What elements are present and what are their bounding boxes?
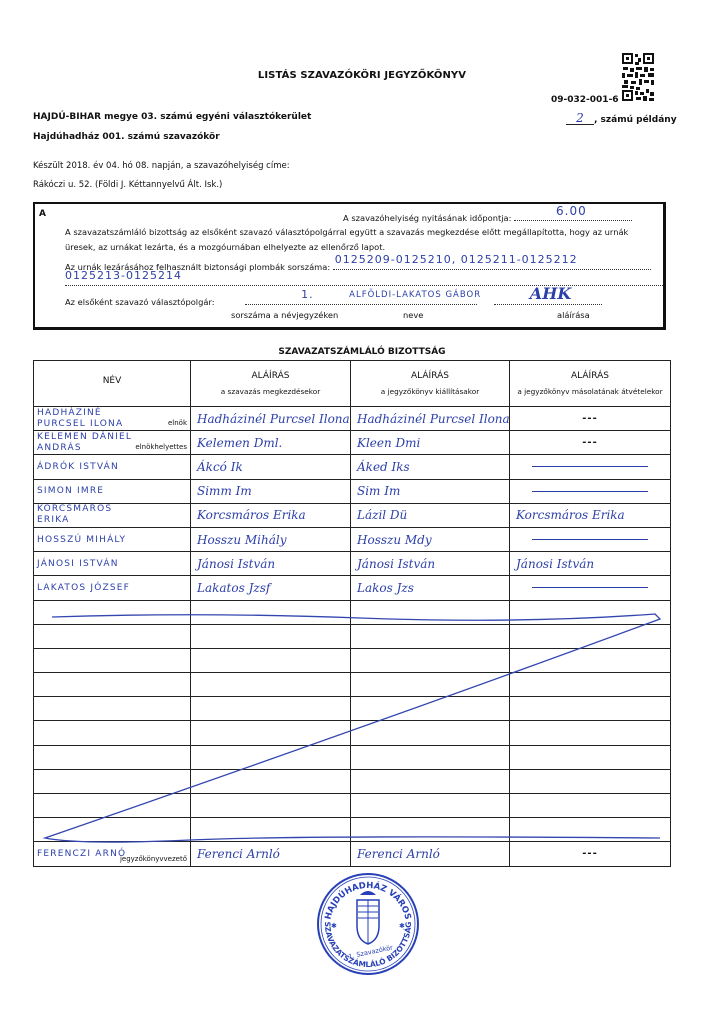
signature-start: Korcsmáros Erika [191,503,351,527]
member-role: elnök [168,418,187,429]
empty-row [34,600,671,624]
member-name: SIMON IMRE [37,486,145,497]
member-name: KELEMEN DÁNIEL ANDRÁS [37,432,145,454]
empty-cell [191,794,351,818]
header-name: NÉV [34,361,191,407]
statement-line-1: A szavazatszámláló bizottság az elsőként… [65,227,628,237]
empty-row [34,721,671,745]
signature-end: Kleen Dmi [351,431,510,455]
signature-start: Hosszu Mihály [191,527,351,551]
empty-cell [191,697,351,721]
table-row: HADHÁZINÉ PURCSEL ILONAelnökHadházinél P… [34,407,671,431]
copy-number-value: 2 [566,113,594,125]
empty-cell [34,697,191,721]
signature-start: Simm Im [191,479,351,503]
caption-name: neve [403,310,423,320]
header-sign-copy: ALÁÍRÁSa jegyzőkönyv másolatának átvétel… [510,361,671,407]
empty-cell [510,624,671,648]
first-voter-number: 1. [301,288,314,301]
opening-time-row: A szavazóhelyiség nyitásának időpontja: … [343,210,632,223]
copy-label: , számú példány [594,115,677,125]
signature-copy-stroke [510,576,671,600]
empty-row [34,673,671,697]
caption-number: sorszáma a névjegyzéken [231,310,338,320]
signature-copy: --- [510,842,671,866]
member-name: HOSSZÚ MIHÁLY [37,535,145,546]
empty-cell [34,624,191,648]
signature-end: Hosszu Mdy [351,527,510,551]
signature-copy: Jánosi István [510,552,671,576]
member-name: HADHÁZINÉ PURCSEL ILONA [37,408,145,430]
signature-copy-stroke [510,455,671,479]
empty-cell [34,600,191,624]
empty-cell [34,721,191,745]
header-sign-start: ALÁÍRÁSa szavazás megkezdésekor [191,361,351,407]
empty-row [34,794,671,818]
empty-row [34,697,671,721]
document-id: 09-032-001-6 [551,95,619,105]
signature-end: Sim Im [351,479,510,503]
member-name-cell: HOSSZÚ MIHÁLY [34,527,191,551]
empty-cell [510,769,671,793]
empty-cell [351,818,510,842]
first-voter-name: ALFÖLDI-LAKATOS GÁBOR [349,290,481,300]
section-a-box: A A szavazóhelyiség nyitásának időpontja… [33,202,666,330]
empty-cell [351,721,510,745]
signature-start: Ferenci Arnló [191,842,351,866]
empty-cell [351,600,510,624]
signature-start: Ákcó Ik [191,455,351,479]
seals-value-2: 0125213-0125214 [65,269,182,282]
district-heading: HAJDÚ-BIHAR megye 03. számú egyéni válas… [33,112,311,122]
empty-cell [510,673,671,697]
signature-copy: Korcsmáros Erika [510,503,671,527]
signature-copy-stroke [510,479,671,503]
empty-cell [191,769,351,793]
member-name: LAKATOS JÓZSEF [37,583,145,594]
statement-line-2: üresek, az urnákat lezárta, és a mozgóur… [65,242,385,252]
empty-cell [191,721,351,745]
member-name: ÁDRÓK ISTVÁN [37,462,145,473]
polling-station-heading: Hajdúhadház 001. számú szavazókör [33,132,220,142]
seals-value-1: 0125209-0125210, 0125211-0125212 [335,253,578,266]
empty-cell [351,769,510,793]
empty-cell [191,648,351,672]
member-name-cell: ÁDRÓK ISTVÁN [34,455,191,479]
empty-cell [510,745,671,769]
signature-start: Jánosi István [191,552,351,576]
table-row: KORCSMÁROS ERIKAKorcsmáros ErikaLázil Dü… [34,503,671,527]
empty-cell [510,818,671,842]
empty-cell [34,745,191,769]
empty-cell [351,794,510,818]
empty-row [34,769,671,793]
empty-row [34,624,671,648]
empty-cell [191,600,351,624]
seals-row-2: 0125213-0125214 [65,275,663,288]
committee-table: NÉV ALÁÍRÁSa szavazás megkezdésekor ALÁÍ… [33,360,671,867]
signature-end: Ferenci Arnló [351,842,510,866]
signature-end: Lázil Dü [351,503,510,527]
table-row: ÁDRÓK ISTVÁNÁkcó IkÁked Iks [34,455,671,479]
svg-text:✱: ✱ [331,922,337,930]
signature-copy: --- [510,431,671,455]
empty-cell [510,648,671,672]
empty-cell [34,794,191,818]
table-row: LAKATOS JÓZSEFLakatos JzsfLakos Jzs [34,576,671,600]
opening-time-label: A szavazóhelyiség nyitásának időpontja: [343,213,511,223]
member-role: elnökhelyettes [135,442,187,453]
creation-date-line: Készült 2018. év 04. hó 08. napján, a sz… [33,161,290,171]
empty-cell [351,673,510,697]
empty-cell [351,648,510,672]
first-voter-label: Az elsőként szavazó választópolgár: [65,297,215,307]
empty-cell [510,794,671,818]
member-name-cell: FERENCZI ARNÓjegyzőkönyvvezető [34,842,191,866]
empty-cell [34,818,191,842]
empty-cell [191,673,351,697]
header-sign-end: ALÁÍRÁSa jegyzőkönyv kiállításakor [351,361,510,407]
empty-cell [34,648,191,672]
empty-cell [351,624,510,648]
signature-start: Kelemen Dml. [191,431,351,455]
opening-time-value: 6.00 [556,204,587,218]
empty-cell [34,769,191,793]
member-name-cell: KELEMEN DÁNIEL ANDRÁSelnökhelyettes [34,431,191,455]
member-name-cell: LAKATOS JÓZSEF [34,576,191,600]
seals-field-2: 0125213-0125214 [65,275,663,286]
empty-row [34,648,671,672]
empty-cell [351,745,510,769]
document-title: LISTÁS SZAVAZÓKÖRI JEGYZŐKÖNYV [0,70,724,81]
empty-cell [191,745,351,769]
signature-end: Jánosi István [351,552,510,576]
empty-row [34,745,671,769]
member-name-cell: JÁNOSI ISTVÁN [34,552,191,576]
empty-cell [510,600,671,624]
signature-end: Áked Iks [351,455,510,479]
empty-cell [351,697,510,721]
member-name-cell: HADHÁZINÉ PURCSEL ILONAelnök [34,407,191,431]
section-a-letter: A [39,209,46,219]
first-voter-field: 1. ALFÖLDI-LAKATOS GÁBOR [245,294,477,305]
member-name-cell: KORCSMÁROS ERIKA [34,503,191,527]
caption-signature: aláírása [557,310,590,320]
member-name: KORCSMÁROS ERIKA [37,504,145,526]
member-name: JÁNOSI ISTVÁN [37,559,145,570]
member-name-cell: SIMON IMRE [34,479,191,503]
empty-cell [191,624,351,648]
signature-start: Lakatos Jzsf [191,576,351,600]
signature-start: Hadházinél Purcsel Ilona [191,407,351,431]
signature-copy-stroke [510,527,671,551]
table-row: SIMON IMRESimm ImSim Im [34,479,671,503]
empty-cell [191,818,351,842]
signature-end: Hadházinél Purcsel Ilona [351,407,510,431]
first-voter-row: Az elsőként szavazó választópolgár: 1. A… [65,294,602,307]
table-row: HOSSZÚ MIHÁLYHosszu MihályHosszu Mdy [34,527,671,551]
opening-time-field: 6.00 [514,210,632,221]
signature-end: Lakos Jzs [351,576,510,600]
empty-cell [510,721,671,745]
committee-title: SZAVAZATSZÁMLÁLÓ BIZOTTSÁG [0,347,724,357]
seals-field: 0125209-0125210, 0125211-0125212 [333,259,651,270]
member-role: jegyzőkönyvvezető [120,854,187,865]
coat-of-arms-icon: HAJDÚHADHÁZ VÁROS SZAVAZATSZÁMLÁLÓ BIZOT… [313,868,423,978]
table-row: JÁNOSI ISTVÁNJánosi IstvánJánosi IstvánJ… [34,552,671,576]
table-header-row: NÉV ALÁÍRÁSa szavazás megkezdésekor ALÁÍ… [34,361,671,407]
first-voter-signature-field: AHK [494,294,602,305]
polling-address: Rákóczi u. 52. (Földi J. Kéttannyelvű Ál… [33,180,222,190]
empty-row [34,818,671,842]
table-row: KELEMEN DÁNIEL ANDRÁSelnökhelyettesKelem… [34,431,671,455]
signature-copy: --- [510,407,671,431]
qr-code-icon [621,52,655,104]
recorder-row: FERENCZI ARNÓjegyzőkönyvvezetőFerenci Ar… [34,842,671,866]
svg-text:✱: ✱ [399,922,405,930]
first-voter-signature: AHK [530,284,571,303]
empty-cell [34,673,191,697]
empty-cell [510,697,671,721]
copy-number-field: 2, számú példány [566,113,677,125]
